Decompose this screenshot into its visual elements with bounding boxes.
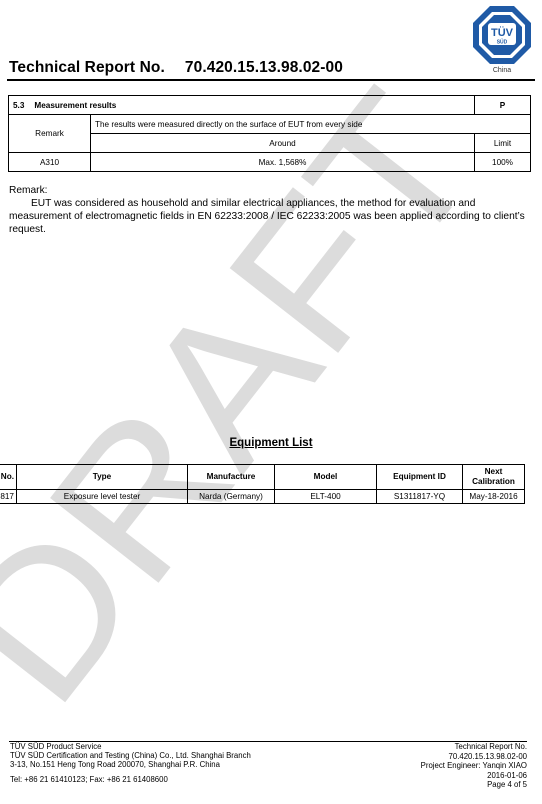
- model-cell: A310: [9, 153, 91, 172]
- report-number: 70.420.15.13.98.02-00: [185, 59, 343, 76]
- footer-report-label: Technical Report No.: [421, 742, 527, 752]
- around-value: Max. 1,568%: [91, 153, 475, 172]
- verdict-cell: P: [475, 96, 531, 115]
- section-header-row: 5.3Measurement results P: [9, 96, 531, 115]
- col-equipment-id: Equipment ID: [377, 465, 463, 490]
- footer-date: 2016-01-06: [421, 771, 527, 781]
- equipment-no: 817: [0, 490, 17, 504]
- svg-text:TÜV: TÜV: [491, 26, 514, 39]
- equipment-header-row: No. Type Manufacture Model Equipment ID …: [0, 465, 525, 490]
- footer-branch: TÜV SÜD Certification and Testing (China…: [10, 751, 251, 760]
- report-title-label: Technical Report No.: [9, 59, 165, 76]
- equipment-table: No. Type Manufacture Model Equipment ID …: [0, 464, 525, 504]
- col-next-calibration: Next Calibration: [463, 465, 525, 490]
- footer-report-info: Technical Report No. 70.420.15.13.98.02-…: [421, 742, 527, 790]
- tuv-sud-logo: TÜV SÜD China: [472, 5, 532, 75]
- footer-company-info: TÜV SÜD Product Service TÜV SÜD Certific…: [10, 742, 251, 784]
- equipment-manufacture: Narda (Germany): [188, 490, 275, 504]
- footer-contact: Tel: +86 21 61410123; Fax: +86 21 614086…: [10, 775, 251, 784]
- remark-heading: Remark:: [9, 184, 529, 197]
- section-heading: 5.3Measurement results: [9, 96, 475, 115]
- page-number: Page 4 of 5: [421, 780, 527, 790]
- equipment-list-title: Equipment List: [0, 437, 542, 449]
- col-limit: Limit: [475, 134, 531, 153]
- remark-section: Remark: EUT was considered as household …: [9, 184, 529, 236]
- remark-body: EUT was considered as household and simi…: [9, 197, 529, 236]
- limit-value: 100%: [475, 153, 531, 172]
- col-type: Type: [17, 465, 188, 490]
- col-no: No.: [0, 465, 17, 490]
- page-title: Technical Report No.70.420.15.13.98.02-0…: [9, 59, 343, 77]
- logo-caption: China: [472, 67, 532, 74]
- col-around: Around: [91, 134, 475, 153]
- footer-report-number: 70.420.15.13.98.02-00: [421, 752, 527, 762]
- col-manufacture: Manufacture: [188, 465, 275, 490]
- footer-address: 3-13, No.151 Heng Tong Road 200070, Shan…: [10, 760, 251, 769]
- col-model: Model: [275, 465, 377, 490]
- footer-company-name: TÜV SÜD Product Service: [10, 742, 251, 751]
- svg-text:SÜD: SÜD: [497, 39, 508, 46]
- table-row: 817 Exposure level tester Narda (Germany…: [0, 490, 525, 504]
- equipment-type: Exposure level tester: [17, 490, 188, 504]
- equipment-model: ELT-400: [275, 490, 377, 504]
- equipment-next-calibration: May-18-2016: [463, 490, 525, 504]
- remark-row: Remark The results were measured directl…: [9, 115, 531, 134]
- remark-text: The results were measured directly on th…: [91, 115, 531, 134]
- remark-label: Remark: [9, 115, 91, 153]
- footer-engineer: Project Engineer: Yanqin XIAO: [421, 761, 527, 771]
- measurement-results-table: 5.3Measurement results P Remark The resu…: [8, 95, 531, 172]
- equipment-id: S1311817-YQ: [377, 490, 463, 504]
- header-divider: [7, 79, 535, 81]
- tuv-sud-logo-icon: TÜV SÜD: [472, 5, 532, 65]
- table-row: A310 Max. 1,568% 100%: [9, 153, 531, 172]
